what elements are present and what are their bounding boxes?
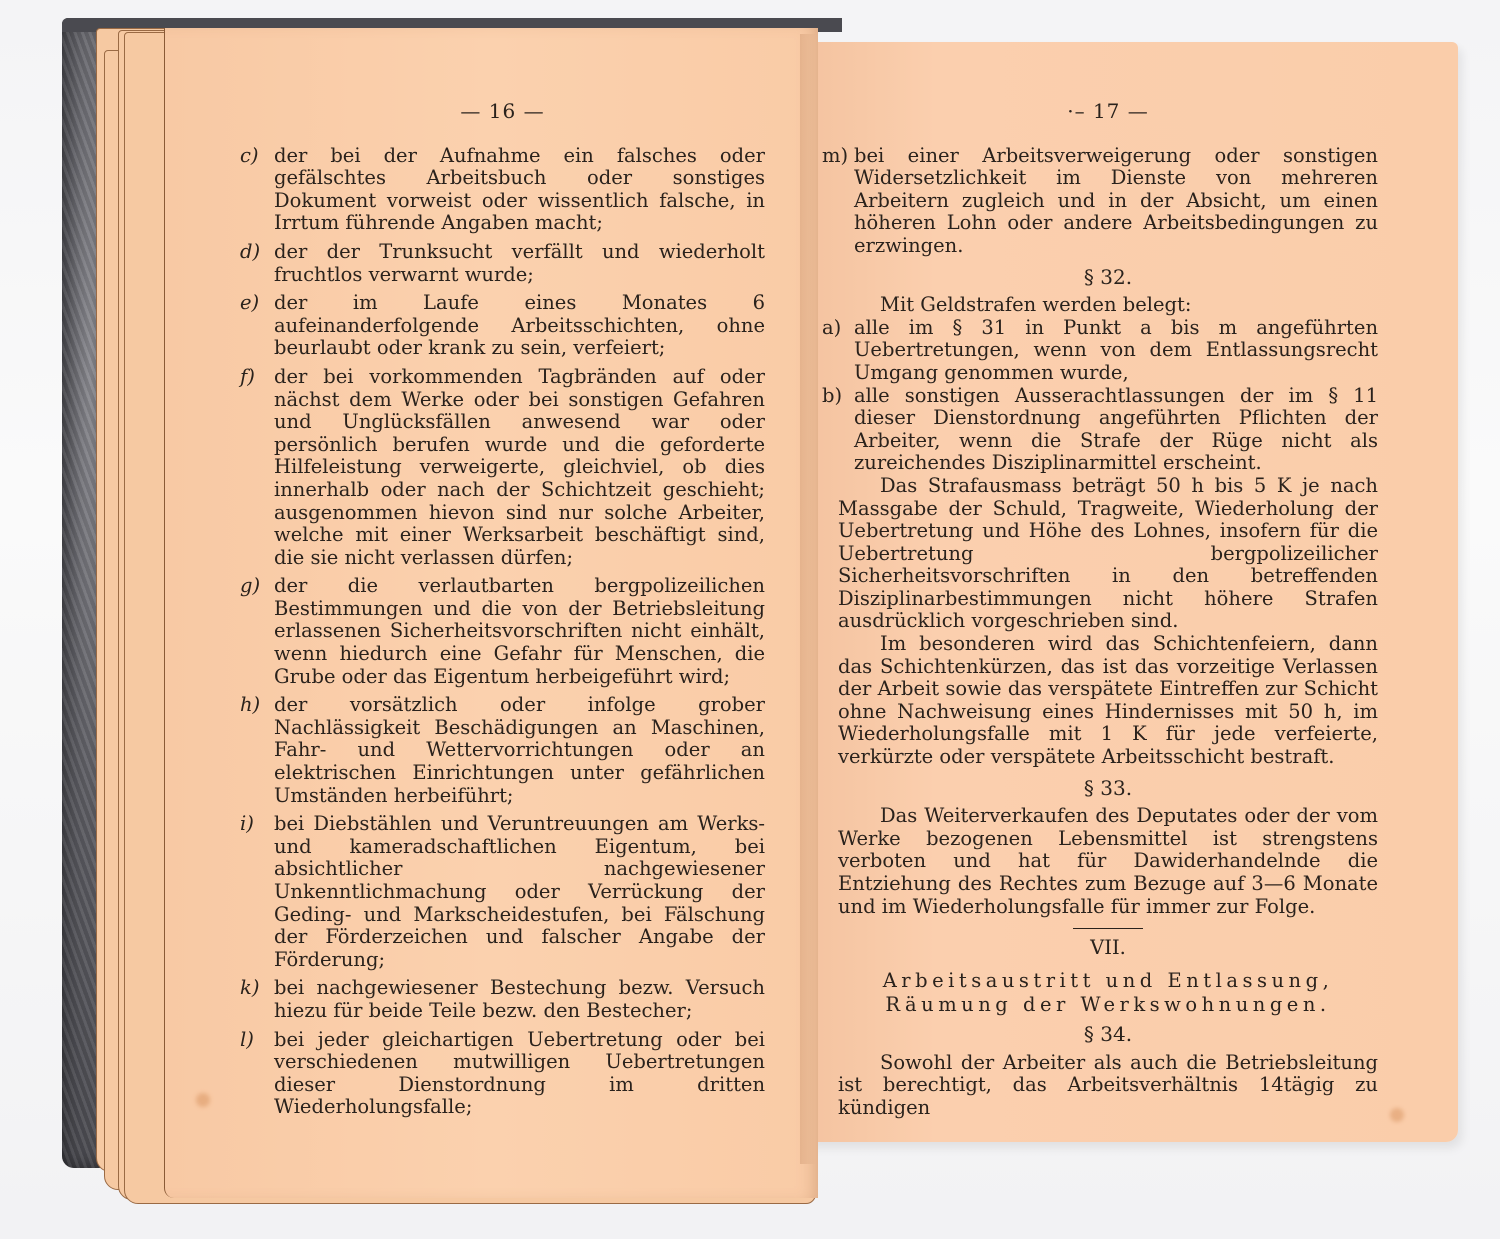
paper-stain [196, 1093, 210, 1107]
list-item: g) der die verlautbarten bergpolizeilich… [240, 575, 765, 688]
item-text: bei Diebstählen und Veruntreuungen am We… [274, 813, 765, 971]
chapter-title-line-1: Arbeitsaustritt und Entlassung, [838, 970, 1378, 993]
book-spread: — 16 — c) der bei der Aufnahme ein falsc… [0, 0, 1500, 1239]
list-item: c) der bei der Aufnahme ein falsches ode… [240, 145, 765, 235]
item-label: d) [240, 241, 274, 286]
list-item: b) alle sonstigen Ausserachtlassungen de… [838, 385, 1378, 475]
item-text: der der Trunksucht verfällt und wiederho… [274, 241, 765, 286]
list-item: l) bei jeder gleichartigen Uebertretung … [240, 1029, 765, 1119]
section-intro: Mit Geldstrafen werden belegt: [838, 294, 1378, 317]
book-gutter [800, 34, 816, 1164]
paper-stain [1390, 1108, 1404, 1122]
item-label: c) [240, 145, 274, 235]
list-item: a) alle im § 31 in Punkt a bis m angefüh… [838, 317, 1378, 385]
section-heading-32: § 32. [838, 266, 1378, 289]
item-text: bei einer Arbeitsverweigerung oder sonst… [854, 145, 1378, 258]
list-item: d) der der Trunksucht verfällt und wiede… [240, 241, 765, 286]
item-label: h) [240, 694, 274, 807]
section-heading-33: § 33. [838, 777, 1378, 800]
item-text: der bei der Aufnahme ein falsches oder g… [274, 145, 765, 235]
item-label: f) [240, 366, 274, 569]
item-label: b) [822, 385, 854, 475]
divider-rule [1073, 928, 1143, 929]
chapter-title-line-2: Räumung der Werkswohnungen. [838, 994, 1378, 1017]
item-text: der vorsätzlich oder infolge grober Nach… [274, 694, 765, 807]
paragraph: Das Strafausmass beträgt 50 h bis 5 K je… [838, 475, 1378, 633]
list-item: k) bei nachgewiesener Bestechung bezw. V… [240, 977, 765, 1022]
chapter-numeral: VII. [838, 937, 1378, 960]
list-item: f) der bei vorkommenden Tagbränden auf o… [240, 366, 765, 569]
list-item: i) bei Diebstählen und Veruntreuungen am… [240, 813, 765, 971]
page-number: — 16 — [240, 100, 765, 123]
list-item: e) der im Laufe eines Monates 6 aufeinan… [240, 292, 765, 360]
item-text: bei nachgewiesener Bestechung bezw. Vers… [274, 977, 765, 1022]
item-label: l) [240, 1029, 274, 1119]
left-page-text: — 16 — c) der bei der Aufnahme ein falsc… [240, 100, 765, 1125]
item-text: der im Laufe eines Monates 6 aufeinander… [274, 292, 765, 360]
item-label: i) [240, 813, 274, 971]
paragraph: Das Weiterverkaufen des Deputates oder d… [838, 805, 1378, 918]
item-label: g) [240, 575, 274, 688]
paragraph: Sowohl der Arbeiter als auch die Betrieb… [838, 1052, 1378, 1120]
item-text: der die verlautbarten bergpolizeilichen … [274, 575, 765, 688]
item-label: e) [240, 292, 274, 360]
item-text: bei jeder gleichartigen Uebertretung ode… [274, 1029, 765, 1119]
item-text: der bei vorkommenden Tagbränden auf oder… [274, 366, 765, 569]
item-label: k) [240, 977, 274, 1022]
section-heading-34: § 34. [838, 1023, 1378, 1046]
page-number: ·– 17 — [838, 100, 1378, 123]
list-item: h) der vorsätzlich oder infolge grober N… [240, 694, 765, 807]
item-label: m) [822, 145, 854, 258]
paragraph: Im besonderen wird das Schichtenfeiern, … [838, 633, 1378, 769]
right-page-text: ·– 17 — m) bei einer Arbeitsverweigerung… [838, 100, 1378, 1119]
item-text: alle im § 31 in Punkt a bis m angeführte… [854, 317, 1378, 385]
item-label: a) [822, 317, 854, 385]
list-item: m) bei einer Arbeitsverweigerung oder so… [838, 145, 1378, 258]
item-text: alle sonstigen Ausserachtlassungen der i… [854, 385, 1378, 475]
